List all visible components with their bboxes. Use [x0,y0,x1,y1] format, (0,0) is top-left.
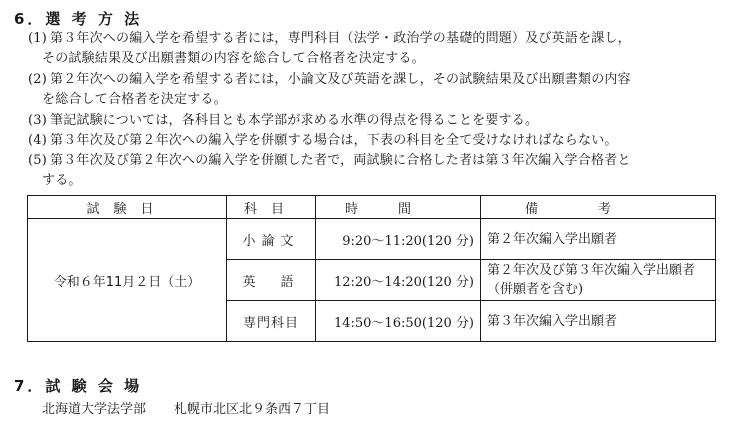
item-text-continued: を総合して合格者を決定する。 [42,92,227,107]
time-cell: 9:20～11:20(120 分) [316,219,481,260]
subject-cell: 専門科目 [227,301,316,342]
table-header-row: 試験日 科目 時間 備考 [28,196,716,219]
item-number: (5) [28,151,50,171]
selection-item-1: (1)第３年次への編入学を希望する者には，専門科目（法学・政治学の基礎的問題）及… [28,29,631,69]
venue-info: 北海道大学法学部札幌市北区北９条西７丁目 [42,398,330,417]
time-cell: 14:50～16:50(120 分) [316,301,481,342]
item-number: (4) [28,131,50,151]
item-number: (2) [28,70,50,90]
note-cell: 第２年次編入学出願者 [481,219,716,260]
selection-item-5: (5)第３年次及び第２年次への編入学を併願した者で，両試験に合格した者は第３年次… [28,151,631,191]
venue-name: 北海道大学法学部 [42,402,146,417]
venue-address: 札幌市北区北９条西７丁目 [174,402,330,417]
section-6-heading: 6．選 考 方 法 [14,8,142,29]
section-7-heading: 7．試 験 会 場 [14,375,142,396]
item-text: 第２年次への編入学を希望する者には，小論文及び英語を課し，その試験結果及び出願書… [50,72,631,87]
item-number: (3) [28,111,50,131]
header-notes: 備考 [481,196,716,219]
exam-date-cell: 令和６年11月２日（土） [28,219,227,342]
item-text-continued: する。 [42,173,82,188]
subject-cell: 英 語 [227,260,316,301]
item-number: (1) [28,29,50,49]
time-cell: 12:20～14:20(120 分) [316,260,481,301]
exam-schedule-table: 試験日 科目 時間 備考 令和６年11月２日（土） 小論文 9:20～11:20… [27,195,716,342]
table-row: 令和６年11月２日（土） 小論文 9:20～11:20(120 分) 第２年次編… [28,219,716,260]
subject-cell: 小論文 [227,219,316,260]
item-text: 第３年次及び第２年次への編入学を併願した者で，両試験に合格した者は第３年次編入学… [50,153,631,168]
header-time: 時間 [316,196,481,219]
selection-item-3: (3)筆記試験については，各科目とも本学部が求める水準の得点を得ることを要する。 [28,111,538,131]
header-exam-date: 試験日 [28,196,227,219]
item-text: 第３年次への編入学を希望する者には，専門科目（法学・政治学の基礎的問題）及び英語… [50,31,631,46]
item-text: 筆記試験については，各科目とも本学部が求める水準の得点を得ることを要する。 [50,113,538,128]
item-text-continued: その試験結果及び出願書類の内容を総合して合格者を決定する。 [42,51,425,66]
selection-item-2: (2)第２年次への編入学を希望する者には，小論文及び英語を課し，その試験結果及び… [28,70,631,110]
note-cell: 第３年次編入学出願者 [481,301,716,342]
note-cell: 第２年次及び第３年次編入学出願者（併願者を含む) [481,260,716,301]
header-subject: 科目 [227,196,316,219]
selection-item-4: (4)第３年次及び第２年次への編入学を併願する場合は，下表の科目を全て受けなけれ… [28,131,618,151]
item-text: 第３年次及び第２年次への編入学を併願する場合は，下表の科目を全て受けなければなら… [50,133,618,148]
